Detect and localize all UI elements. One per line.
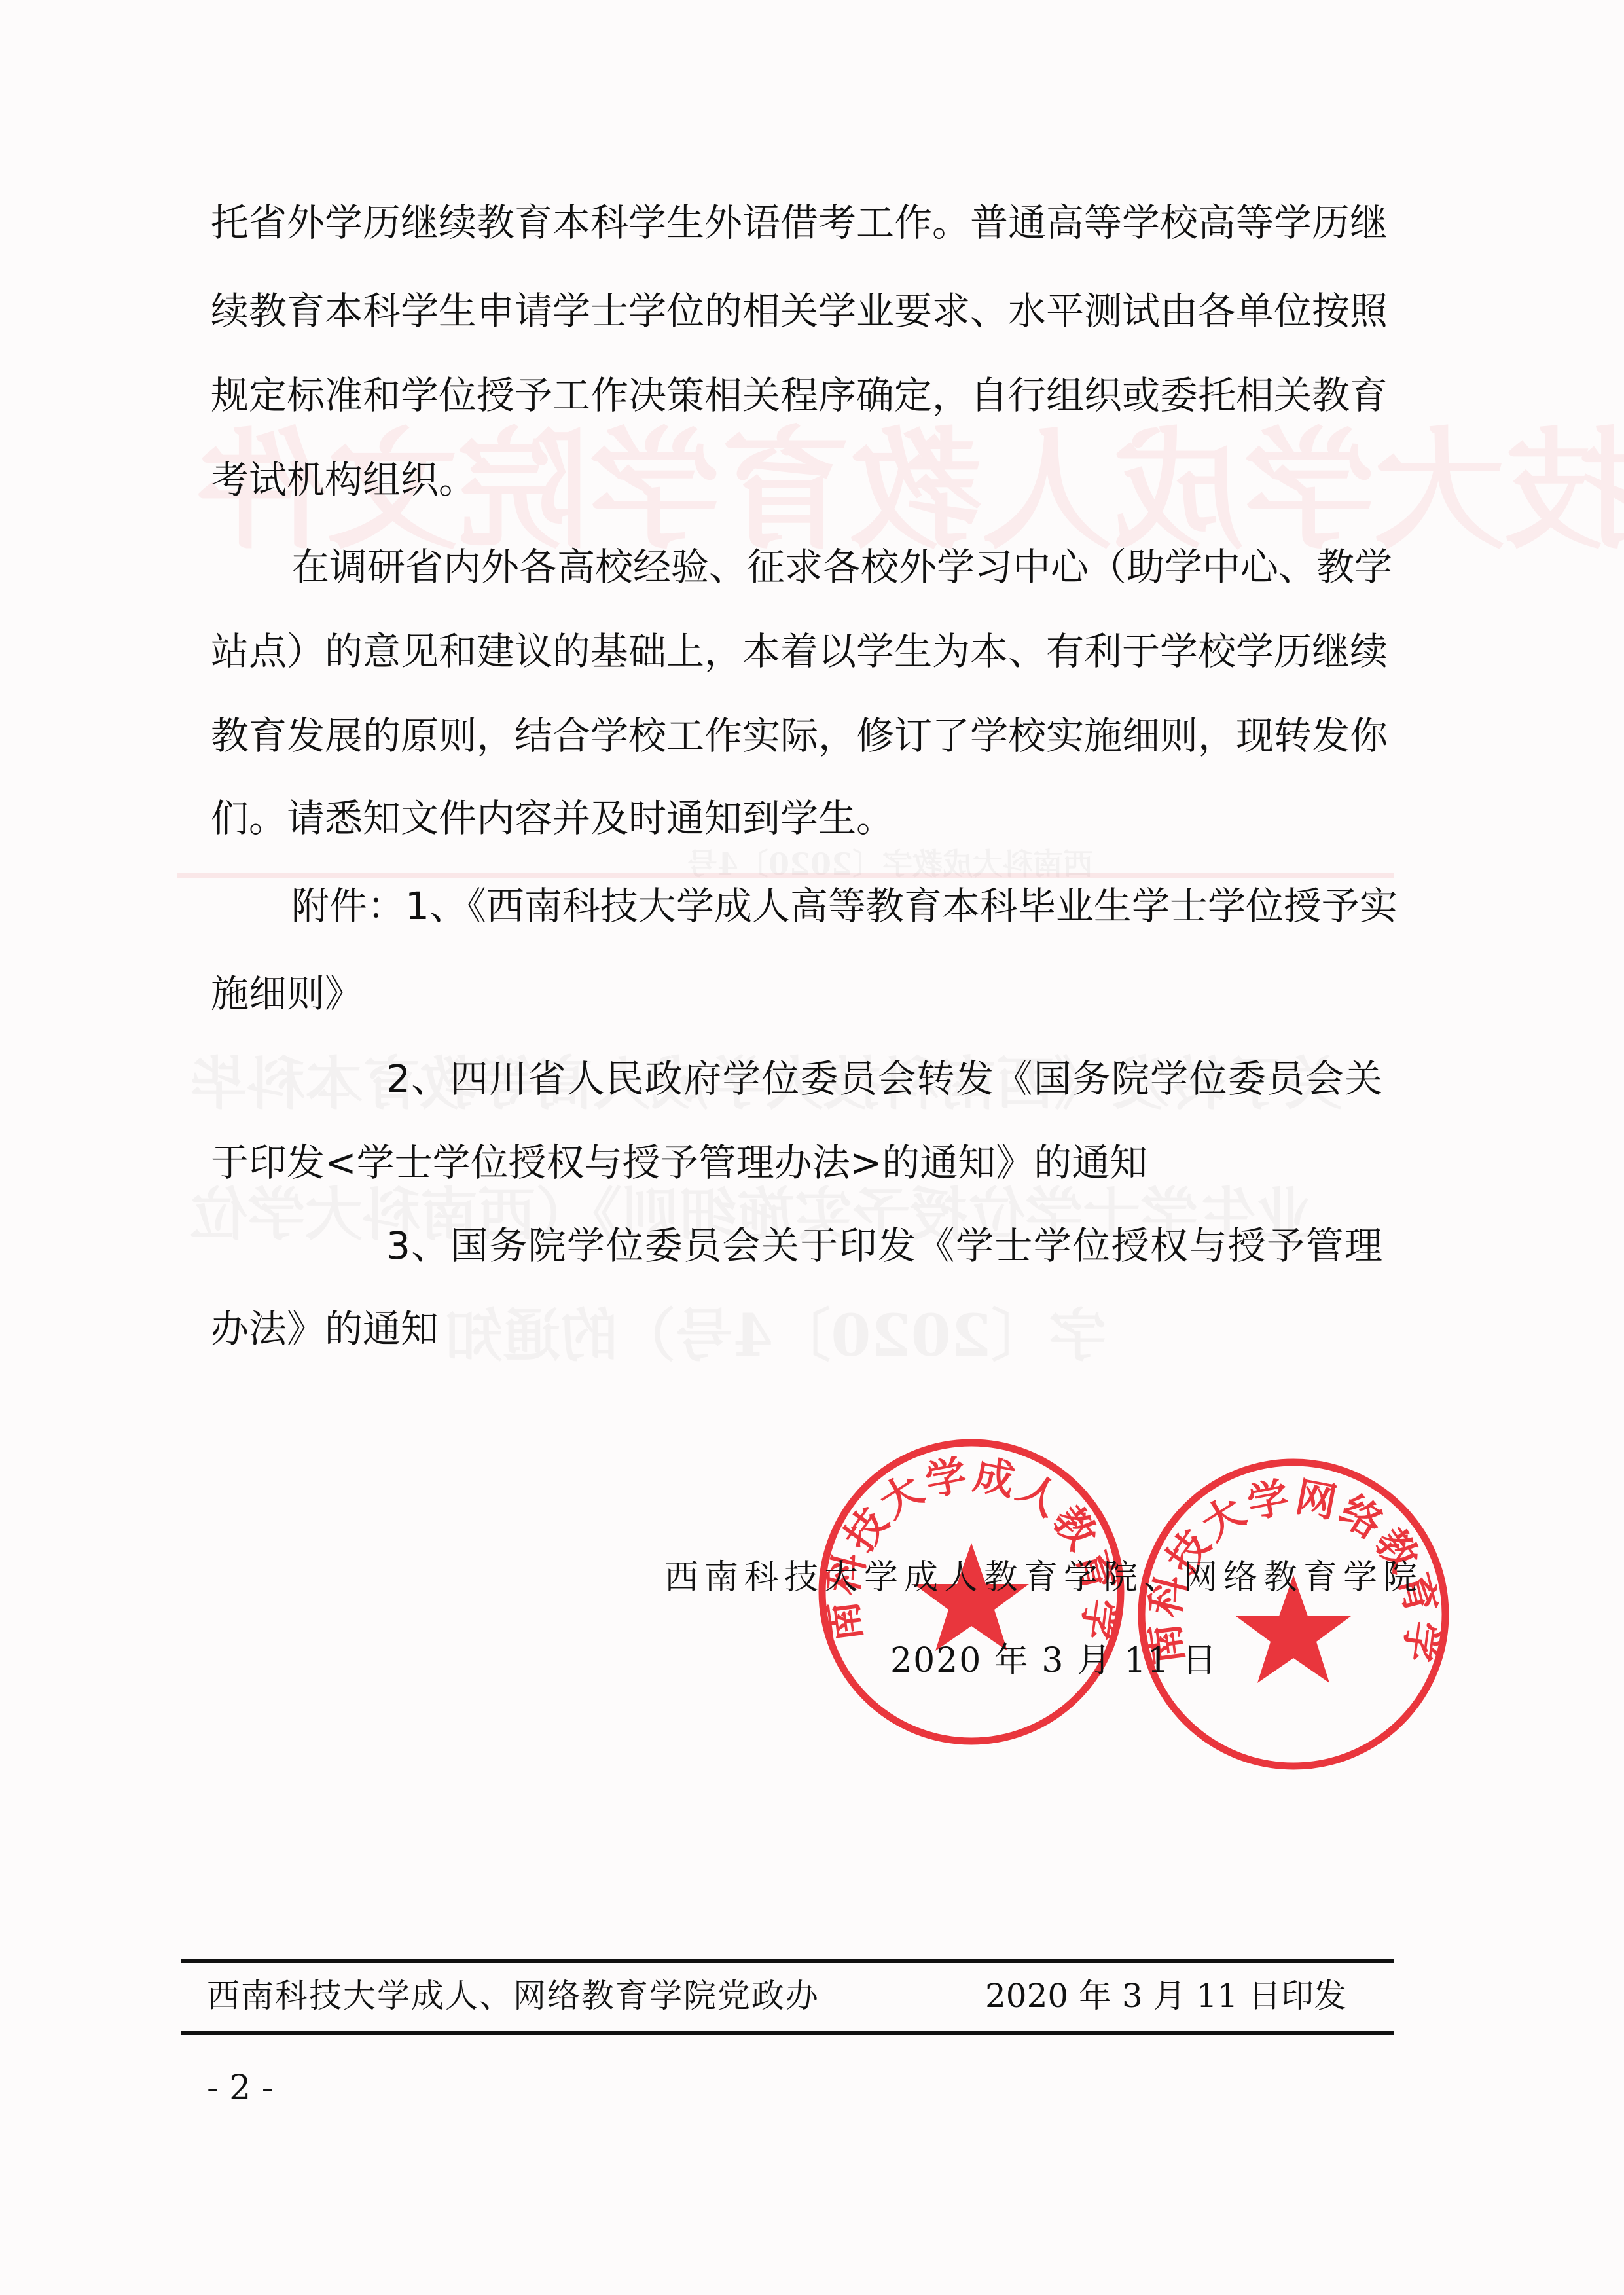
footer-print-date: 2020 年 3 月 11 日印发: [985, 1973, 1346, 2019]
seal-network-education-college: 西南科技大学网络教育学院: [1136, 1457, 1451, 1771]
attachment-2-line-1: 2、四川省人民政府学位委员会转发《国务院学位委员会关: [386, 1053, 1382, 1105]
body-line: 站点）的意见和建议的基础上，本着以学生为本、有利于学校学历继续: [211, 625, 1382, 678]
bleed-through-doc-number: 西南科大成教字〔2020〕4号: [687, 844, 1093, 884]
attachment-2-line-2: 于印发<学士学位授权与授予管理办法>的通知》的通知: [211, 1136, 1147, 1189]
footer-rule-top: [181, 1959, 1394, 1963]
body-line: 教育发展的原则，结合学校工作实际，修订了学校实施细则，现转发你: [211, 710, 1382, 762]
body-line: 考试机构组织。: [211, 454, 477, 506]
body-line: 在调研省内外各高校经验、征求各校外学习中心（助学中心、教学: [291, 541, 1382, 593]
page-number: - 2 -: [207, 2065, 273, 2111]
attachment-3-line-1: 3、国务院学位委员会关于印发《学士学位授权与授予管理: [386, 1220, 1382, 1272]
bleed-through-title-3: 字〔2020〕4号）的通知: [445, 1299, 1106, 1371]
issuer-signature: 西南科技大学成人教育学院、网络教育学院: [664, 1555, 1423, 1600]
body-line: 续教育本科学生申请学士学位的相关学业要求、水平测试由各单位按照: [211, 285, 1382, 337]
footer-office: 西南科技大学成人、网络教育学院党政办: [207, 1973, 820, 2019]
bleed-through-red-rule: [177, 873, 1394, 878]
attachment-1-line-1: 附件：1、《西南科技大学成人高等教育本科毕业生学士学位授予实: [291, 880, 1382, 932]
body-line: 规定标准和学位授予工作决策相关程序确定，自行组织或委托相关教育: [211, 369, 1382, 422]
attachment-3-line-2: 办法》的通知: [211, 1303, 439, 1355]
attachment-1-line-2: 施细则》: [211, 967, 363, 1020]
document-page: 西南科技大学成人教育学院文件 西南科大成教字〔2020〕4号 关于转发《西南科技…: [0, 0, 1624, 2295]
body-line: 托省外学历继续教育本科学生外语借考工作。普通高等学校高等学历继: [211, 196, 1382, 249]
issue-date: 2020 年 3 月 11 日: [890, 1638, 1218, 1684]
footer-rule-bottom: [181, 2031, 1394, 2035]
body-line: 们。请悉知文件内容并及时通知到学生。: [211, 792, 894, 844]
